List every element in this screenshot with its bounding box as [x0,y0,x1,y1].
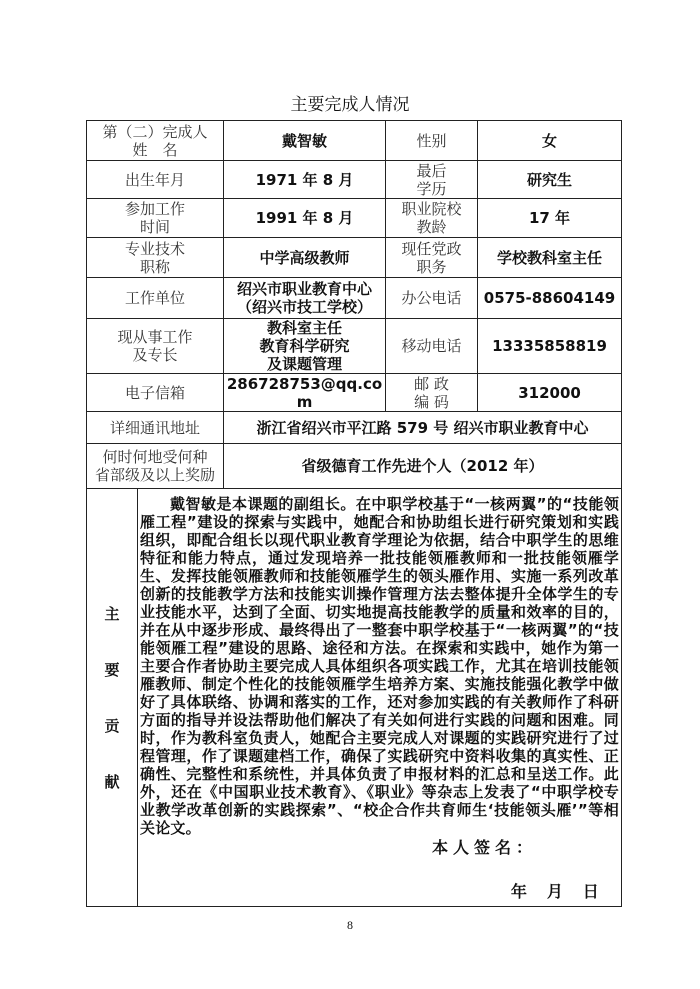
value-gender: 女 [478,121,622,161]
label-address: 详细通讯地址 [87,412,224,444]
label-contribution: 主 要 贡 献 [87,489,138,907]
value-title: 中学高级教师 [224,238,386,278]
label-teaching-years: 职业院校教龄 [386,199,478,238]
label-email: 电子信箱 [87,374,224,412]
value-email: 286728753@qq.com [224,374,386,412]
row-specialty: 现从事工作及专长 教科室主任教育科学研究及课题管理 移动电话 133358588… [87,319,622,374]
row-email: 电子信箱 286728753@qq.com 邮 政编 码 312000 [87,374,622,412]
label-education: 最后学历 [386,161,478,199]
value-address: 浙江省绍兴市平江路 579 号 绍兴市职业教育中心 [224,412,622,444]
value-teaching-years: 17 年 [478,199,622,238]
value-specialty: 教科室主任教育科学研究及课题管理 [224,319,386,374]
row-address: 详细通讯地址 浙江省绍兴市平江路 579 号 绍兴市职业教育中心 [87,412,622,444]
value-birth: 1971 年 8 月 [224,161,386,199]
row-name: 第（二）完成人姓 名 戴智敏 性别 女 [87,121,622,161]
row-award: 何时何地受何种省部级及以上奖励 省级德育工作先进个人（2012 年） [87,444,622,489]
label-specialty: 现从事工作及专长 [87,319,224,374]
label-employer: 工作单位 [87,278,224,319]
label-position: 现任党政职务 [386,238,478,278]
row-contribution: 主 要 贡 献 戴智敏是本课题的副组长。在中职学校基于“一核两翼”的“技能领雁工… [87,489,622,907]
value-office-phone: 0575-88604149 [478,278,622,319]
label-name: 第（二）完成人姓 名 [87,121,224,161]
page-title: 主要完成人情况 [0,90,700,115]
label-award: 何时何地受何种省部级及以上奖励 [87,444,224,489]
contribution-text: 戴智敏是本课题的副组长。在中职学校基于“一核两翼”的“技能领雁工程”建设的探索与… [140,495,619,837]
contribution-body: 戴智敏是本课题的副组长。在中职学校基于“一核两翼”的“技能领雁工程”建设的探索与… [138,489,622,907]
signature-label: 本人签名： [140,839,619,857]
row-work-start: 参加工作时间 1991 年 8 月 职业院校教龄 17 年 [87,199,622,238]
value-employer: 绍兴市职业教育中心（绍兴市技工学校） [224,278,386,319]
signature-date: 年 月 日 [140,883,619,901]
label-work-start: 参加工作时间 [87,199,224,238]
row-birth: 出生年月 1971 年 8 月 最后学历 研究生 [87,161,622,199]
page-number: 8 [0,918,700,933]
label-office-phone: 办公电话 [386,278,478,319]
label-mobile: 移动电话 [386,319,478,374]
value-education: 研究生 [478,161,622,199]
label-title: 专业技术职称 [87,238,224,278]
label-postcode: 邮 政编 码 [386,374,478,412]
value-postcode: 312000 [478,374,622,412]
value-award: 省级德育工作先进个人（2012 年） [224,444,622,489]
value-work-start: 1991 年 8 月 [224,199,386,238]
value-mobile: 13335858819 [478,319,622,374]
row-title: 专业技术职称 中学高级教师 现任党政职务 学校教科室主任 [87,238,622,278]
label-gender: 性别 [386,121,478,161]
label-birth: 出生年月 [87,161,224,199]
value-position: 学校教科室主任 [478,238,622,278]
row-employer: 工作单位 绍兴市职业教育中心（绍兴市技工学校） 办公电话 0575-886041… [87,278,622,319]
personnel-form-table: 第（二）完成人姓 名 戴智敏 性别 女 出生年月 1971 年 8 月 最后学历… [86,120,622,907]
value-name: 戴智敏 [224,121,386,161]
